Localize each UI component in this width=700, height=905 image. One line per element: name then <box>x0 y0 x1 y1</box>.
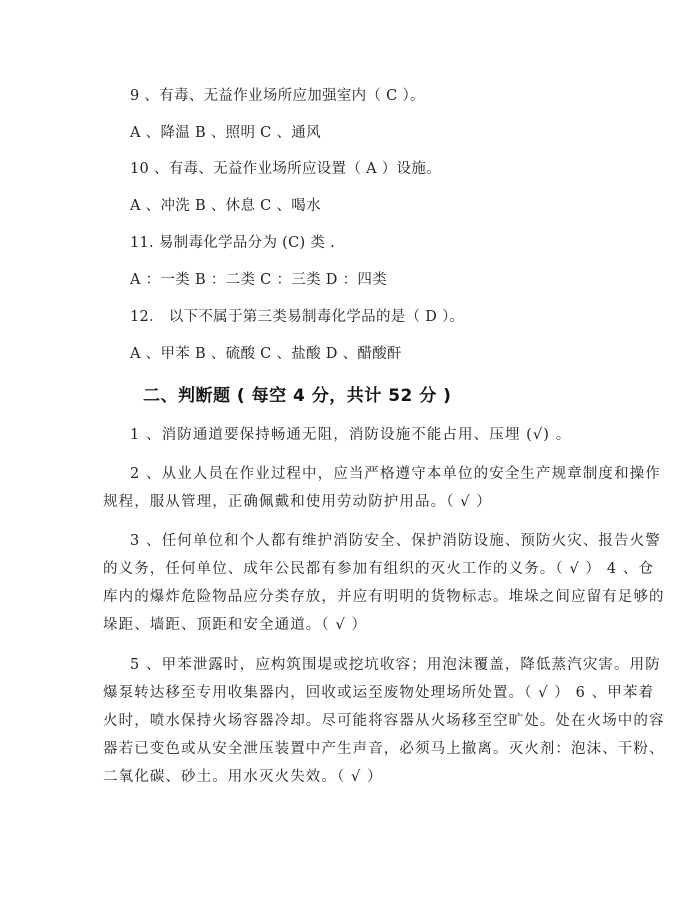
paragraph-line: 3 、任何单位和个人都有维护消防安全、保护消防设施、预防火灾、报告火警 <box>103 527 603 555</box>
judgment-item-1: 1 、消防通道要保持畅通无阻，消防设施不能占用、压埋 (√) 。 <box>103 421 603 449</box>
question-10-options: A 、冲洗 B 、休息 C 、喝水 <box>130 194 321 215</box>
judgment-item-2: 2 、从业人员在作业过程中，应当严格遵守本单位的安全生产规章制度和操作 规程，服… <box>103 460 603 516</box>
paragraph-line: 规程，服从管理，正确佩戴和使用劳动防护用品。（ √ ） <box>103 488 603 516</box>
question-11-options: A ：一类 B ：二类 C ：三类 D ：四类 <box>130 268 387 289</box>
question-11: 11. 易制毒化学品分为 (C) 类 . <box>130 231 335 252</box>
paragraph-line: 垛距、墙距、顶距和安全通道。（ √ ） <box>103 611 603 639</box>
question-9-options: A 、降温 B 、照明 C 、通风 <box>130 121 321 142</box>
paragraph-line: 的义务，任何单位、成年公民都有参加有组织的灭火工作的义务。（ √ ） 4 、仓 <box>103 555 603 583</box>
judgment-item-3-4: 3 、任何单位和个人都有维护消防安全、保护消防设施、预防火灾、报告火警 的义务，… <box>103 527 603 639</box>
question-9: 9 、有毒、无益作业场所应加强室内（ C ）。 <box>130 84 425 105</box>
document-page: 9 、有毒、无益作业场所应加强室内（ C ）。 A 、降温 B 、照明 C 、通… <box>0 0 700 905</box>
question-12-options: A 、甲苯 B 、硫酸 C 、盐酸 D 、醋酸酐 <box>130 342 402 363</box>
paragraph-line: 库内的爆炸危险物品应分类存放，并应有明明的货物标志。堆垛之间应留有足够的 <box>103 583 603 611</box>
paragraph-line: 二氧化碳、砂土。用水灭火失效。（ √ ） <box>103 763 603 791</box>
paragraph-line: 2 、从业人员在作业过程中，应当严格遵守本单位的安全生产规章制度和操作 <box>103 460 603 488</box>
question-10: 10 、有毒、无益作业场所应设置（ A ）设施。 <box>130 157 441 178</box>
paragraph-line: 5 、甲苯泄露时，应构筑围堤或挖坑收容；用泡沫覆盖，降低蒸汽灾害。用防 <box>103 651 603 679</box>
paragraph-line: 器若已变色或从安全泄压装置中产生声音，必须马上撤离。灭火剂：泡沫、干粉、 <box>103 735 603 763</box>
paragraph-line: 1 、消防通道要保持畅通无阻，消防设施不能占用、压埋 (√) 。 <box>103 421 603 449</box>
judgment-item-5-6: 5 、甲苯泄露时，应构筑围堤或挖坑收容；用泡沫覆盖，降低蒸汽灾害。用防 爆泵转达… <box>103 651 603 791</box>
paragraph-line: 火时，喷水保持火场容器冷却。尽可能将容器从火场移至空旷处。处在火场中的容 <box>103 707 603 735</box>
question-12: 12． 以下不属于第三类易制毒化学品的是（ D ）。 <box>130 305 464 326</box>
paragraph-line: 爆泵转达移至专用收集器内，回收或运至废物处理场所处置。（ √ ） 6 、甲苯着 <box>103 679 603 707</box>
section-heading: 二、判断题 ( 每空 4 分，共计 52 分 ) <box>143 381 451 406</box>
